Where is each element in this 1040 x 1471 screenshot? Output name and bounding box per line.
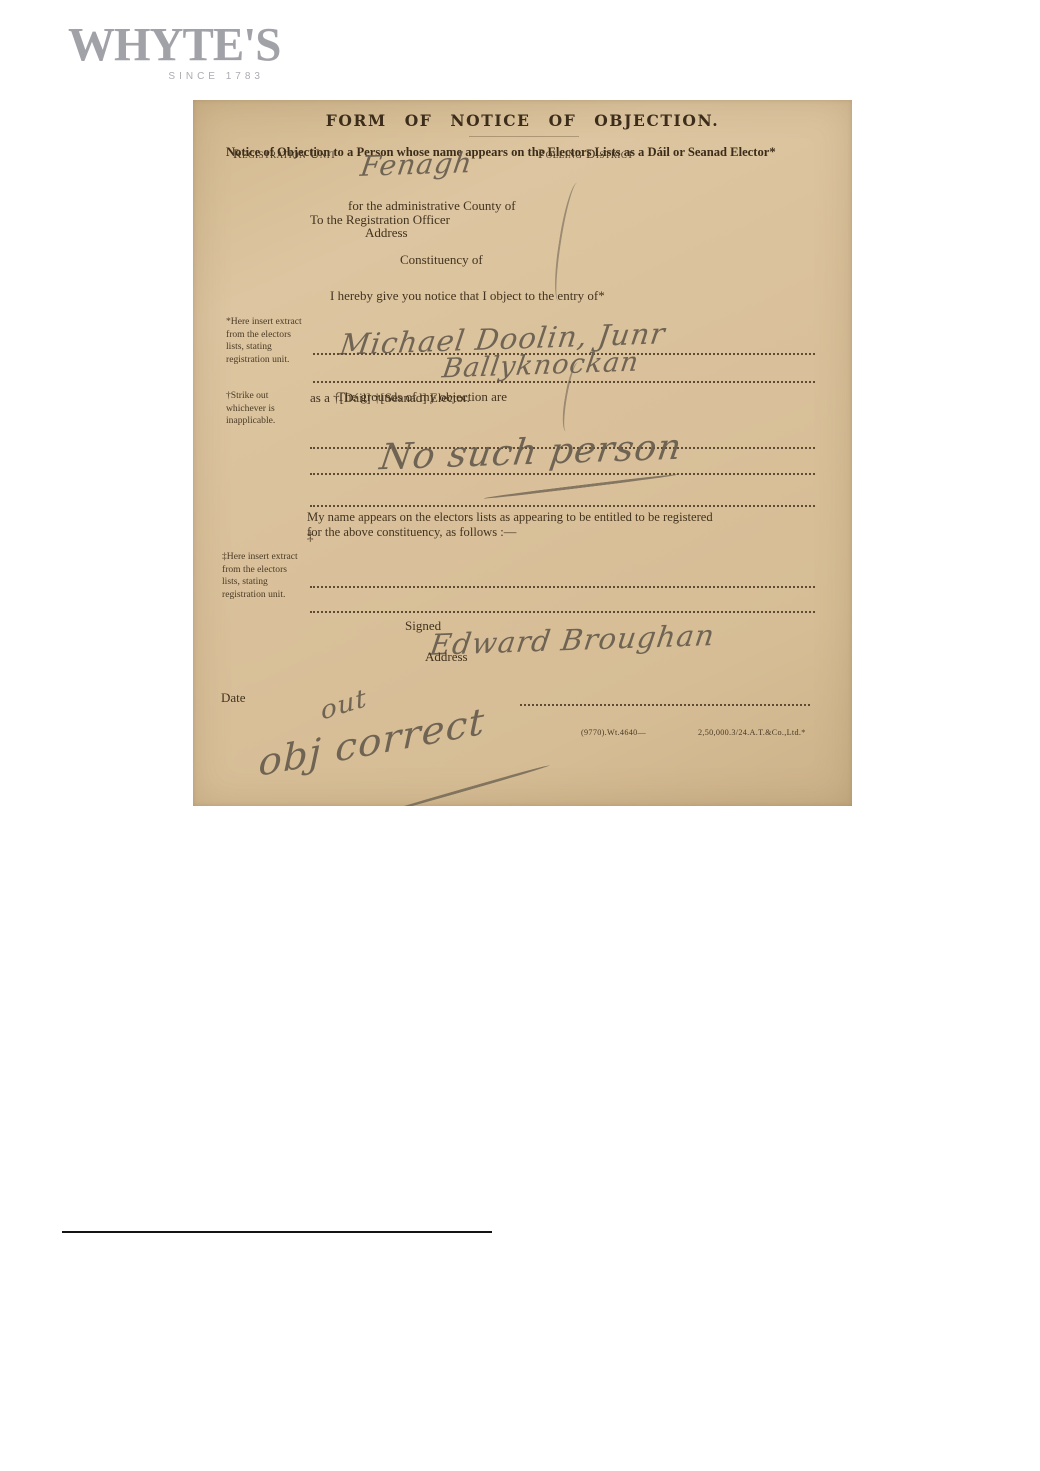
date-label: Date [221,690,246,706]
footnote-separator-line [62,1231,492,1233]
margin-note-2: †Strike out whichever is inapplicable. [226,390,308,428]
whytes-logo: WHYTE'S SINCE 1783 [68,22,268,82]
registration-unit-handwritten: Fenagh [358,146,474,183]
margin-note-1: *Here insert extract from the electors l… [226,316,308,367]
address-label: Address [365,225,408,241]
myname-line1: My name appears on the electors lists as… [307,510,713,525]
registration-unit-label: Registration Unit [233,146,336,162]
objection-unit-handwritten: Ballyknockan [440,347,641,385]
polling-district-label: Polling District [538,146,633,162]
logo-tagline: SINCE 1783 [68,71,268,82]
print-code-left: (9770).Wt.4640— [581,728,646,737]
logo-wordmark: WHYTE'S [68,22,268,70]
dotted-rule [310,505,815,507]
county-label: for the administrative County of [348,198,516,214]
annotation-handwritten: obj correct [258,699,485,784]
objection-line: I hereby give you notice that I object t… [330,288,605,304]
pencil-flourish [484,473,678,500]
grounds-handwritten: No such person [377,427,684,478]
dotted-rule [310,473,815,475]
myname-line2: for the above constituency, as follows :… [307,525,516,540]
scanned-form-image: FORM OF NOTICE OF OBJECTION. Notice of O… [193,100,852,806]
dotted-rule [310,586,815,588]
grounds-label: The grounds of my objection are [337,389,507,405]
signature-handwritten: Edward Broughan [428,618,717,662]
dotted-rule [520,704,810,706]
print-code-right: 2,50,000.3/24.A.T.&Co.,Ltd.* [698,728,806,737]
signed-address-label: Address [425,649,468,665]
date-scribble-handwritten: out [319,684,369,727]
pencil-flourish [550,181,587,302]
dotted-rule [313,381,815,383]
dotted-rule [310,611,815,613]
margin-note-3: ‡Here insert extract from the electors l… [222,551,304,602]
title-rule [469,136,579,137]
pencil-flourish [381,764,550,806]
double-dagger-mark: ‡ [307,528,314,544]
form-title: FORM OF NOTICE OF OBJECTION. [193,111,852,130]
constituency-label: Constituency of [400,252,483,268]
